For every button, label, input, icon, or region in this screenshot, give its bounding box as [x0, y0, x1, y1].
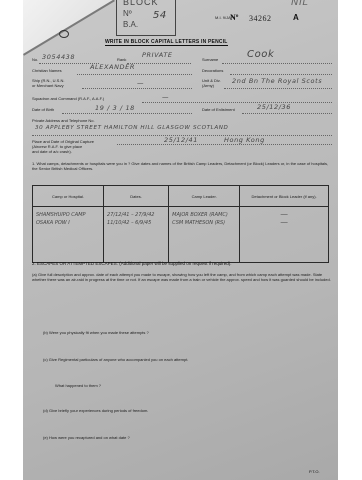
enlistment-value: 25/12/36 — [257, 103, 291, 111]
address-value: 30 APPLEBY STREET HAMILTON HILL GLASGOW … — [35, 125, 228, 131]
question-2-heading: 2. ESCAPES OR ATTEMPTED ESCAPES. (Additi… — [32, 261, 232, 266]
serial-no-label: Nº — [230, 13, 238, 22]
block-box-no: Nº — [123, 8, 175, 19]
question-2c-text: (c) Give Regimental particulars of anyon… — [43, 357, 188, 362]
enlistment-label: Date of Enlistment — [202, 107, 235, 112]
col-camp-leader: Camp Leader. — [169, 186, 240, 207]
block-number-value: 54 — [153, 10, 167, 21]
decorations-label: Decorations — [202, 68, 223, 73]
address-label: Private Address and Telephone No. — [32, 118, 95, 123]
squadron-label: Squadron and Command (R.A.F., A.A.F.) — [32, 96, 104, 101]
question-2c-sub-text: What happened to them ? — [55, 383, 101, 388]
unit-value: 2nd Bn The Royal Scots — [232, 77, 322, 85]
surname-value: Cook — [247, 49, 274, 60]
camps-table-header: Camp or Hospital. Dates. Camp Leader. De… — [33, 186, 329, 207]
col-dates: Dates. — [104, 186, 169, 207]
question-2a-text: (a) Give full description and approx. da… — [32, 272, 332, 282]
ship-label-2: or Merchant Navy — [32, 83, 64, 88]
number-value: 3054438 — [42, 53, 75, 61]
pto-label: P.T.O. — [309, 469, 320, 474]
pow-questionnaire-page: BLOCK Nº B.A. 54 NIL M.I. 9/JAP/ Nº 3426… — [23, 0, 338, 480]
serial-number: 34262 — [249, 14, 272, 23]
dob-label: Date of Birth — [32, 107, 54, 112]
christian-names-label: Christian Names — [32, 68, 62, 73]
camp-leader-cell: MAJOR BOXER (RAMC) CSM MATHESON (RS) — [169, 207, 240, 263]
rank-value: PRIVATE — [142, 51, 173, 59]
dob-value: 19 / 3 / 18 — [95, 104, 135, 112]
detachment-leader-cell: — — — [240, 207, 329, 263]
pin-hole-icon — [59, 30, 69, 38]
rank-label: Rank — [117, 57, 126, 62]
question-2e-text: (e) How were you recaptured and on what … — [43, 435, 130, 440]
capture-label-3: and date of a/c crash). — [32, 149, 72, 154]
question-2b-text: (b) Were you physically fit when you mad… — [43, 330, 149, 335]
dates-cell: 27/12/41 – 27/9/42 11/10/42 – 6/9/45 — [104, 207, 169, 263]
serial-suffix: A — [293, 13, 299, 22]
christian-names-value: ALEXANDER — [90, 63, 135, 71]
question-1-text: 1. What camps, detachments or hospitals … — [32, 161, 332, 171]
col-detachment-leader: Detachment or Block Leader (if any). — [240, 186, 329, 207]
col-camp: Camp or Hospital. — [33, 186, 104, 207]
capture-date-value: 25/12/41 — [164, 136, 198, 144]
number-label: No. — [32, 57, 38, 62]
surname-label: Surname — [202, 57, 218, 62]
block-number-box: BLOCK Nº B.A. — [116, 0, 176, 36]
corner-annotation: NIL — [291, 0, 309, 8]
unit-label-2: (Army) — [202, 83, 214, 88]
ship-value: — — [137, 79, 144, 87]
table-row: SHAMSHUIPO CAMP OSAKA POW I 27/12/41 – 2… — [33, 207, 329, 263]
block-box-ba: B.A. — [123, 19, 175, 30]
question-2d-text: (d) Give briefly your experiences during… — [43, 408, 148, 413]
squadron-value: — — [162, 93, 169, 101]
capture-place-value: Hong Kong — [224, 136, 265, 144]
block-box-title: BLOCK — [123, 0, 175, 8]
instruction-heading: WRITE IN BLOCK CAPITAL LETTERS IN PENCIL — [105, 39, 228, 46]
camps-table: Camp or Hospital. Dates. Camp Leader. De… — [32, 185, 329, 263]
camp-cell: SHAMSHUIPO CAMP OSAKA POW I — [33, 207, 104, 263]
